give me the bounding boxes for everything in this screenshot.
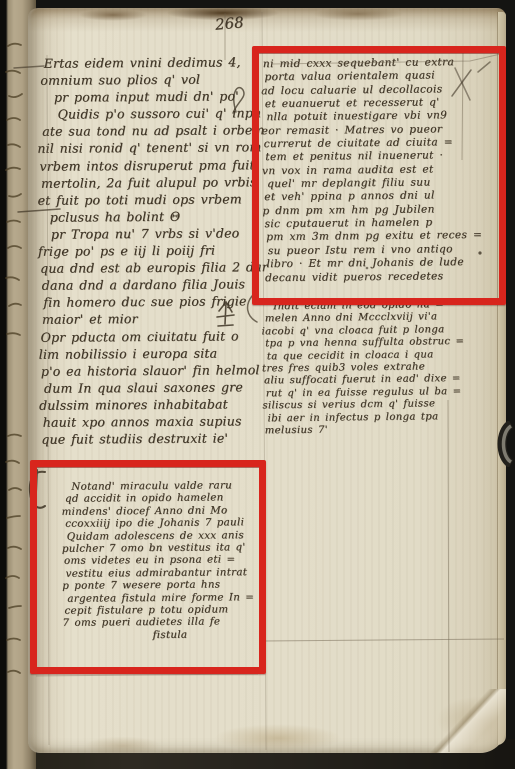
book-clasp-icon	[495, 421, 515, 467]
manuscript-line: que fuit studiis destruxit ie'	[41, 429, 257, 448]
manuscript-line: dana dnd a dardano filia Jouis	[42, 275, 258, 294]
manuscript-line: omnium suo plios q' vol	[40, 70, 256, 89]
page-number: 268	[214, 12, 255, 33]
manuscript-line: Ertas eidem vnini dedimus 4,	[39, 53, 255, 72]
manuscript-line: et fuit po toti mudi ops vrbem	[38, 190, 254, 209]
manuscript-line: vrbem intos disruperut pma fuit	[39, 156, 255, 175]
manuscript-line: p'o ea historia slauor' fin helmol	[41, 361, 257, 380]
manuscript-line: pr poma input mudi dn' po'	[37, 87, 253, 106]
manuscript-line: pclusus ha bolint Θ	[43, 207, 259, 226]
right-column-middle-entry: Indit eciam in eod opido ha =melen Anno …	[263, 299, 491, 438]
manuscript-line: mertolin, 2a fuit alupul po vrbis	[41, 173, 257, 192]
highlight-box-bottom-left	[30, 460, 266, 674]
manuscript-line: ate sua tond nu ad psalt i orbem	[42, 122, 258, 141]
highlight-box-top-right	[252, 46, 506, 305]
manuscript-line: hauit xpo annos maxia supius	[43, 412, 259, 431]
manuscript-line: dulssim minores inhabitabat	[39, 395, 255, 414]
manuscript-line: nil nisi ronid q' tenent' si vn rom	[37, 139, 253, 158]
manuscript-photo: 268 Ertas eidem vnini dedimus 4,omnium s…	[0, 0, 515, 769]
manuscript-line: pr Tropa nu' 7 vrbs si v'deo	[40, 224, 256, 243]
manuscript-line: frige po' ps e iij li poiij fri	[38, 241, 254, 260]
manuscript-line: Opr pducta om ciuitatu fuit o	[41, 327, 257, 346]
manuscript-line: lim nobilissio i europa sita	[39, 344, 255, 363]
dog-ear-fold	[428, 689, 506, 753]
manuscript-line: Quidis p'o sussoro cui' q' inpn	[40, 105, 256, 124]
manuscript-line: fin homero duc sue pios frigie	[43, 293, 259, 312]
manuscript-line: maior' et mior	[42, 310, 258, 329]
left-text-column: Ertas eidem vnini dedimus 4,omnium suo p…	[39, 53, 258, 448]
manuscript-line: qua dnd est ab europis filia 2 dar	[40, 258, 256, 277]
manuscript-line: dum In qua slaui saxones gre	[44, 378, 260, 397]
